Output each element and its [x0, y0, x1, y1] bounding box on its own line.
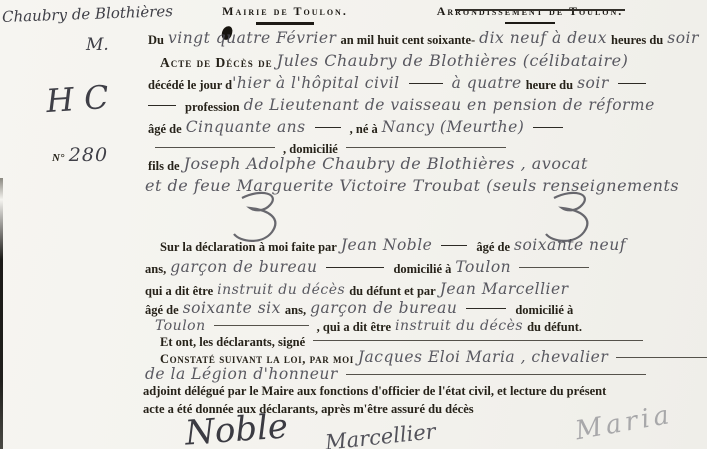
blank-dash: [148, 105, 176, 106]
signature-marcellier-text: Marcellier: [324, 419, 437, 449]
printed-age-de: âgé de: [148, 122, 182, 136]
printed-sur-declaration: Sur la déclaration à moi faite par: [160, 240, 337, 254]
printed-adjoint-delegue: adjoint délégué par le Maire aux fonctio…: [143, 384, 606, 398]
hw-declarant1-name: Jean Noble: [341, 236, 432, 254]
act-line-title: Acte de Décès de Jules Chaubry de Blothi…: [160, 52, 628, 72]
blank-rule: [346, 374, 646, 375]
printed-ne-a: , né à: [350, 122, 378, 136]
printed-fils-de: fils de: [148, 159, 180, 173]
hw-deceased-name: Jules Chaubry de Blothières (célibataire…: [277, 51, 629, 70]
death-certificate-scan: Mairie de Toulon. Arrondissement de Toul…: [0, 0, 707, 449]
printed-domicilie-a: domicilié à: [393, 262, 451, 276]
printed-heure-du: heure du: [526, 78, 573, 92]
hw-declarant1-age: soixante neuf: [514, 236, 626, 254]
printed-du-defunt-et-par: du défunt et par: [349, 284, 435, 298]
hw-birthplace: Nancy (Meurthe): [382, 118, 525, 136]
blank-rule: [155, 147, 275, 148]
hw-date-day-month: vingt quatre Février: [168, 29, 336, 47]
header-arrondissement-text: Arrondissement de Toulon.: [437, 4, 624, 18]
blank-rule: [214, 325, 309, 326]
hw-officer-name: Jacques Eloi Maria , chevalier: [358, 348, 608, 366]
act-line-declarant2-details: âgé de soixante six ans, garçon de burea…: [145, 300, 573, 319]
hw-declarant2-occupation: garçon de bureau: [310, 299, 457, 317]
printed-age-de-3: âgé de: [145, 303, 179, 317]
printed-ans-2: ans,: [285, 303, 306, 317]
hw-legion-honneur: de la Légion d'honneur: [145, 365, 338, 383]
hw-death-place: 'hier à l'hôpital civil: [232, 74, 399, 92]
margin-act-number: N° 280: [52, 144, 108, 166]
hw-profession: de Lieutenant de vaisseau en pension de …: [244, 96, 655, 114]
printed-qui-a-dit: qui a dit être: [145, 284, 213, 298]
header-mairie: Mairie de Toulon.: [185, 4, 385, 25]
printed-qui-a-dit-2: , qui a dit être: [317, 320, 391, 334]
printed-profession: profession: [185, 100, 240, 114]
printed-constate: Constaté suivant la loi, par moi: [160, 352, 354, 366]
act-line-adjoint: adjoint délégué par le Maire aux fonctio…: [143, 382, 606, 400]
blank-rule: [346, 147, 506, 148]
act-line-declaration: Sur la déclaration à moi faite par Jean …: [160, 237, 626, 256]
act-line-profession: profession de Lieutenant de vaisseau en …: [148, 97, 655, 116]
hw-year-hour: dix neuf à deux: [479, 29, 607, 47]
printed-domicilie-a-2: domicilié à: [515, 303, 573, 317]
header-arrondissement: Arrondissement de Toulon.: [405, 4, 655, 24]
act-line-father: fils de Joseph Adolphe Chaubry de Blothi…: [148, 155, 588, 175]
blank-dash: [466, 308, 506, 309]
margin-name-note: Chaubry de Blothières: [2, 2, 173, 26]
header-mairie-rule: [256, 22, 314, 25]
printed-ans: ans,: [145, 262, 166, 276]
hw-soir: soir: [667, 29, 699, 47]
printed-year-prefix: an mil huit cent soixante-: [340, 33, 475, 47]
flourish-mark-left: [228, 190, 298, 242]
margin-hc-note: H C: [45, 78, 110, 120]
blank-rule: [616, 357, 707, 358]
signature-marcellier: Marcellier: [324, 419, 437, 449]
act-number-value: 280: [69, 144, 108, 166]
hw-declarant2-age: soixante six: [183, 299, 281, 317]
act-line-declarant1-details: ans, garçon de bureau domicilié à Toulon: [145, 259, 593, 278]
signature-official-text: Maria: [573, 400, 675, 447]
margin-m-text: M.: [86, 35, 109, 55]
blank-dash: [315, 127, 341, 128]
hw-declarant1-domicile: Toulon: [455, 258, 511, 276]
hw-age: Cinquante ans: [186, 118, 306, 136]
scan-edge-artifact: [0, 178, 3, 449]
hw-father-name: Joseph Adolphe Chaubry de Blothières , a…: [184, 154, 588, 173]
act-line-date: Du vingt quatre Février an mil huit cent…: [148, 30, 699, 49]
hw-instruit-du-deces-2: instruit du décès: [395, 318, 523, 334]
margin-hc-text: H C: [45, 78, 110, 120]
blank-dash: [533, 127, 563, 128]
hw-declarant2-name: Jean Marcellier: [440, 280, 569, 298]
blank-dash: [409, 83, 443, 84]
flourish-mark-right: [540, 190, 610, 242]
act-line-declarant2: qui a dit être instruit du décès du défu…: [145, 281, 569, 300]
blank-dash: [618, 83, 646, 84]
printed-et-ont-signe: Et ont, les déclarants, signé: [160, 335, 305, 349]
printed-decede: décédé le jour d: [148, 78, 232, 92]
header-strike-artifact: [455, 9, 625, 11]
signature-noble-text: Noble: [184, 406, 290, 449]
hw-instruit-du-deces: instruit du décès: [217, 282, 345, 298]
signature-noble: Noble: [184, 406, 290, 449]
printed-du: Du: [148, 33, 164, 47]
act-number-label: N°: [52, 152, 64, 164]
printed-heures-du: heures du: [611, 33, 663, 47]
blank-rule: [313, 340, 643, 341]
printed-acte-de-deces: Acte de Décès de: [160, 55, 273, 70]
act-line-age-birth: âgé de Cinquante ans , né à Nancy (Meurt…: [148, 119, 568, 138]
hw-declarant1-occupation: garçon de bureau: [170, 258, 317, 276]
margin-name-text: Chaubry de Blothières: [2, 2, 173, 26]
hw-death-soir: soir: [577, 74, 609, 92]
hw-death-hour: à quatre: [452, 74, 522, 92]
header-arrondissement-rule: [505, 22, 555, 24]
printed-age-de-2: âgé de: [476, 240, 510, 254]
act-line-death-place: décédé le jour d'hier à l'hôpital civil …: [148, 75, 651, 94]
margin-m-note: M.: [86, 35, 109, 55]
signature-official: Maria: [573, 400, 675, 447]
blank-rule: [519, 267, 589, 268]
blank-dash: [441, 245, 467, 246]
printed-du-defunt-2: du défunt.: [527, 320, 582, 334]
blank-dash: [326, 267, 384, 268]
header-mairie-text: Mairie de Toulon.: [222, 4, 348, 18]
hw-declarant2-domicile: Toulon: [155, 318, 206, 334]
